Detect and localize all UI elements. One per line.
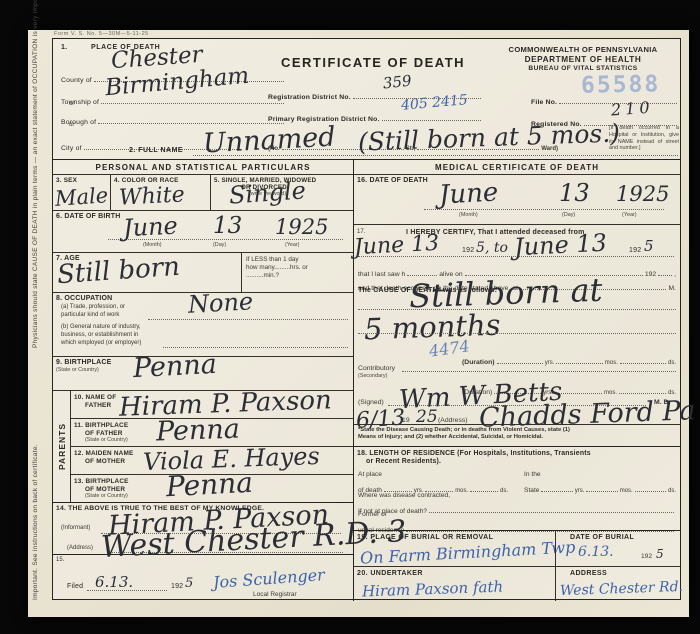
- undertaker-address-cell: ADDRESS West Chester Rd.: [555, 567, 680, 601]
- form-header: 1. PLACE OF DEATH County of Chester Town…: [53, 39, 680, 159]
- certificate-paper: Physicians should state CAUSE OF DEATH i…: [28, 30, 689, 617]
- margin-note-upper: Physicians should state CAUSE OF DEATH i…: [32, 48, 39, 348]
- occupation-b-rule: [163, 347, 348, 348]
- occupation-a-value: None: [187, 289, 253, 316]
- registrar-label: Local Registrar: [253, 591, 297, 599]
- parents-vertical-label: PARENTS: [53, 391, 71, 502]
- full-name-value: Unnamed: [202, 124, 336, 158]
- race-value: White: [118, 184, 185, 209]
- in-state-rule3: [635, 479, 666, 492]
- dob-year-value: 1925: [275, 217, 328, 238]
- attended-from-date: June 13: [354, 233, 440, 259]
- mother-name-label1: 12. MAIDEN NAME: [74, 450, 133, 457]
- occupation-b-line1: (b) General nature of industry,: [61, 324, 141, 332]
- footnote-line2: Means of Injury; and (2) whether Acciden…: [358, 434, 676, 441]
- birthplace-label: 9. BIRTHPLACE: [56, 359, 112, 367]
- father-name-label2: FATHER: [85, 402, 111, 409]
- in-state-yrs: yrs.: [575, 488, 585, 496]
- duration1-ds: ds.: [668, 360, 676, 368]
- undertaker-address-value: West Chester Rd.: [560, 580, 683, 598]
- occupation-b-line3: which employed (or employer): [61, 340, 141, 348]
- dob-year-caption: (Year): [285, 242, 299, 249]
- informant-address-label: (Address): [67, 545, 93, 553]
- to-year-written: 5: [644, 239, 654, 254]
- in-state-rule2: [586, 479, 617, 492]
- in-state-line: State yrs. mos. ds.: [524, 479, 676, 496]
- at-place-mos: mos.: [455, 488, 468, 496]
- father-name-row: 10. NAME OF FATHER Hiram P. Paxson: [71, 391, 353, 418]
- from-year-printed: 192: [462, 247, 474, 255]
- filed-label: Filed: [67, 583, 83, 591]
- duration2-rule3: [619, 381, 666, 394]
- last-saw-rule3: [658, 263, 672, 276]
- registered-no-value: 210: [610, 100, 654, 119]
- secondary-label: (Secondary): [358, 373, 387, 380]
- or-word-1: or: [69, 101, 74, 109]
- filed-date-value: 6.13.: [95, 575, 133, 590]
- mother-name-value: Viola E. Hayes: [143, 444, 320, 474]
- medical-title: MEDICAL CERTIFICATE OF DEATH: [354, 159, 680, 174]
- residence-label2: or Recent Residents).: [366, 458, 441, 466]
- registrar-signature: Jos Sculenger: [213, 567, 326, 591]
- less-than-line3: ..........min.?: [246, 272, 349, 280]
- form-columns: PERSONAL AND STATISTICAL PARTICULARS 3. …: [53, 159, 680, 601]
- certify-row: 17. I HEREBY CERTIFY, That I attended de…: [354, 224, 680, 424]
- age-row: 7. AGE Still born If LESS than 1 day how…: [53, 252, 353, 292]
- burial-date-label: DATE OF BURIAL: [570, 534, 634, 542]
- duration1-mos: mos.: [605, 360, 618, 368]
- informant-row: 14. THE ABOVE IS TRUE TO THE BEST OF MY …: [53, 502, 353, 554]
- attended-to-date: June 13: [513, 231, 607, 260]
- left-margin: Physicians should state CAUSE OF DEATH i…: [28, 30, 50, 617]
- marital-value: Single: [228, 178, 306, 207]
- personal-column: PERSONAL AND STATISTICAL PARTICULARS 3. …: [53, 159, 354, 601]
- duration-line1: (Duration) yrs. mos. ds.: [462, 351, 676, 368]
- mother-name-row: 12. MAIDEN NAME OF MOTHER Viola E. Hayes: [71, 446, 353, 474]
- cause-value-line1: Still born at: [409, 274, 603, 313]
- or-word-2: or: [69, 122, 74, 130]
- burial-date-value: 6.13.: [578, 545, 614, 559]
- full-name-parenthetical: (Still born at 5 mos.): [358, 120, 621, 154]
- contributory-rule: [402, 371, 676, 372]
- sign-address-value: Chadds Ford Pa: [479, 397, 696, 432]
- from-year-written: 5, to: [476, 241, 508, 255]
- marital-cell: 5. SINGLE, MARRIED, WIDOWED OR DIVORCED …: [211, 175, 353, 210]
- undertaker-address-label: ADDRESS: [570, 570, 607, 578]
- m-label: M.: [668, 285, 676, 293]
- age-cell: 7. AGE Still born: [53, 253, 241, 292]
- form-border-box: 1. PLACE OF DEATH County of Chester Town…: [52, 38, 681, 600]
- less-than-day-cell: If LESS than 1 day how many.........hrs.…: [241, 253, 353, 292]
- form-number-note: Form V. S. No. 5—30M—5-11-25: [54, 31, 149, 37]
- dob-month-caption: (Month): [143, 242, 162, 249]
- dod-year-caption: (Year): [622, 212, 636, 219]
- sex-race-marital-row: 3. SEX Male 4. COLOR OR RACE White 5. SI…: [53, 174, 353, 210]
- in-the-label2: State: [524, 487, 539, 495]
- occupation-row: 8. OCCUPATION (a) Trade, profession, or …: [53, 292, 353, 356]
- mother-bp-label1: 13. BIRTHPLACE: [74, 478, 129, 485]
- dod-label: 16. DATE OF DEATH: [357, 177, 428, 185]
- occupation-label: 8. OCCUPATION: [56, 295, 112, 303]
- cause-value-line2: 5 months: [364, 311, 501, 345]
- dob-day-caption: (Day): [213, 242, 226, 249]
- in-state-rule1: [541, 479, 572, 492]
- burial-date-cell: DATE OF BURIAL 6.13. 192 5: [555, 531, 680, 566]
- undertaker-label: 20. UNDERTAKER: [357, 570, 423, 578]
- parents-band: PARENTS 10. NAME OF FATHER Hiram P. Paxs…: [53, 390, 353, 502]
- registration-district-value: 359: [382, 74, 412, 92]
- at-place-rule2: [425, 479, 453, 492]
- dod-month-value: June: [438, 179, 499, 208]
- township-label: Township of: [61, 99, 99, 107]
- occupation-a-rule: [148, 319, 348, 320]
- dob-month-value: June: [122, 214, 178, 241]
- sex-label: 3. SEX: [56, 177, 77, 184]
- certificate-title: CERTIFICATE OF DEATH: [263, 55, 483, 70]
- city-label: City of: [61, 145, 82, 153]
- borough-label: Borough of: [61, 119, 96, 127]
- where-contracted-line: If not at place of death?: [358, 500, 676, 516]
- duration1-rule1: [497, 351, 543, 364]
- section-1-number: 1.: [61, 44, 67, 52]
- birthplace-value: Penna: [132, 351, 217, 382]
- commonwealth-line2: DEPARTMENT OF HEALTH: [488, 55, 678, 64]
- margin-note-lower: Important. See instructions on back of c…: [32, 350, 39, 600]
- father-name-label1: 10. NAME OF: [74, 394, 116, 401]
- dod-day-value: 13: [559, 181, 590, 205]
- dod-day-caption: (Day): [562, 212, 575, 219]
- duration2-mos: mos.: [604, 390, 617, 398]
- sign-date-value: 6/13: [355, 407, 406, 432]
- to-year-printed: 192: [629, 247, 641, 255]
- burial-year-written: 5: [656, 548, 664, 560]
- less-than-line2: how many.........hrs. or: [246, 264, 349, 272]
- commonwealth-line1: COMMONWEALTH OF PENNSYLVANIA: [488, 45, 678, 54]
- duration1-yrs: yrs.: [545, 360, 555, 368]
- mother-bp-sub: (State or Country): [85, 493, 128, 500]
- filed-section-no: 15.: [56, 557, 64, 565]
- duration1-rule2: [556, 351, 602, 364]
- full-name-label: 2. FULL NAME: [129, 147, 183, 155]
- dod-year-value: 1925: [616, 184, 669, 205]
- mother-name-label2: OF MOTHER: [85, 458, 125, 465]
- in-state-ds: ds.: [668, 488, 676, 496]
- less-than-line1: If LESS than 1 day: [246, 256, 349, 264]
- dod-month-caption: (Month): [459, 212, 478, 219]
- date-of-death-row: 16. DATE OF DEATH June 13 1925 (Month) (…: [354, 174, 680, 224]
- file-no-label: File No.: [531, 99, 557, 107]
- filed-year-printed: 192: [171, 583, 183, 591]
- parents-rows: 10. NAME OF FATHER Hiram P. Paxson 11. B…: [71, 391, 353, 502]
- at-place-rule3: [470, 479, 498, 492]
- borough-line: Borough of: [61, 111, 286, 127]
- residence-label1: 18. LENGTH OF RESIDENCE (For Hospitals, …: [357, 450, 591, 458]
- occupation-a-line1: (a) Trade, profession, or: [61, 304, 125, 312]
- where-contracted-label1: Where was disease contracted,: [358, 492, 450, 500]
- borough-rule: [98, 111, 284, 124]
- dob-label: 6. DATE OF BIRTH: [56, 213, 121, 221]
- at-place-label1: At place: [358, 471, 382, 479]
- scanned-death-certificate: Physicians should state CAUSE OF DEATH i…: [0, 0, 700, 634]
- duration-label1: (Duration): [462, 359, 494, 367]
- occupation-b-line2: business, or establishment in: [61, 332, 138, 340]
- in-the-label1: In the: [524, 471, 541, 479]
- date-of-birth-row: 6. DATE OF BIRTH June 13 1925 (Month) (D…: [53, 210, 353, 252]
- informant-label: (Informant): [61, 525, 90, 533]
- at-place-rule1: [384, 479, 412, 492]
- undertaker-cell: 20. UNDERTAKER Hiram Paxson fath: [354, 567, 555, 601]
- age-value: Still born: [56, 254, 180, 289]
- cause-rule2: [358, 333, 676, 334]
- burial-year-printed: 192: [641, 553, 652, 561]
- undertaker-row: 20. UNDERTAKER Hiram Paxson fath ADDRESS…: [354, 566, 680, 601]
- where-contracted-rule: [429, 500, 674, 513]
- in-state-mos: mos.: [620, 488, 633, 496]
- sex-cell: 3. SEX Male: [53, 175, 111, 210]
- county-label: County of: [61, 77, 92, 85]
- father-bp-sub: (State or Country): [85, 437, 128, 444]
- last-saw-rule1: [407, 263, 437, 276]
- filed-row: 15. Filed 6.13. 192 5 Jos Sculenger Loca…: [53, 554, 353, 601]
- undertaker-value: Hiram Paxson fath: [362, 580, 504, 600]
- sex-value: Male: [54, 185, 109, 210]
- filed-year-written: 5: [185, 577, 193, 590]
- file-no-line: File No.: [531, 91, 679, 107]
- dob-day-value: 13: [213, 215, 242, 238]
- occupation-a-line2: particular kind of work: [61, 312, 119, 320]
- mother-birthplace-row: 13. BIRTHPLACE OF MOTHER (State or Count…: [71, 474, 353, 502]
- race-cell: 4. COLOR OR RACE White: [111, 175, 211, 210]
- duration1-rule3: [620, 351, 666, 364]
- cause-rule1: [358, 309, 676, 310]
- birthplace-sub-label: (State or Country): [56, 367, 99, 374]
- at-place-ds: ds.: [500, 488, 508, 496]
- registration-district-label: Registration District No.: [268, 94, 351, 102]
- father-bp-label1: 11. BIRTHPLACE: [74, 422, 128, 429]
- father-name-value: Hiram P. Paxson: [119, 387, 333, 420]
- birthplace-row: 9. BIRTHPLACE (State or Country) Penna: [53, 356, 353, 390]
- personal-title: PERSONAL AND STATISTICAL PARTICULARS: [53, 159, 353, 174]
- primary-registration-line: Primary Registration District No.: [268, 108, 483, 124]
